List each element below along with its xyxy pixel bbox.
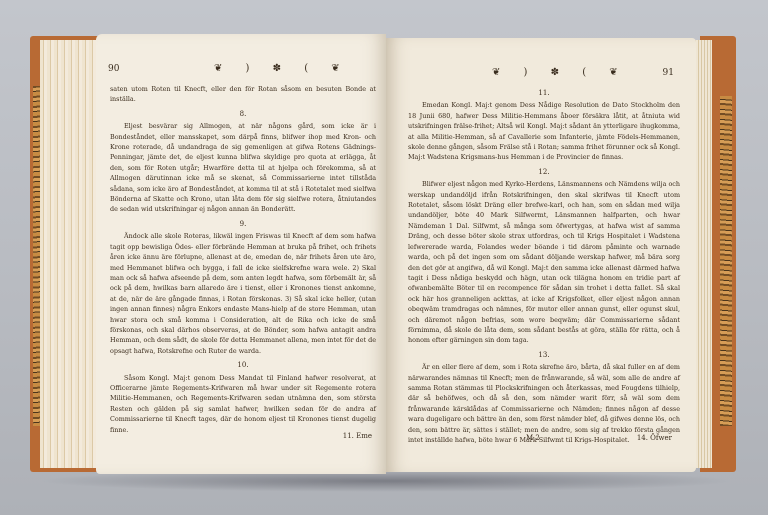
section-number: 10. bbox=[110, 360, 376, 370]
paragraph: Ändock alle skole Roteras, likwäl ingen … bbox=[110, 231, 376, 356]
left-page-header: 90 ❦ ) ✽ ( ❦ bbox=[96, 64, 386, 78]
section-number: 12. bbox=[408, 167, 680, 177]
page-edges-left bbox=[40, 40, 100, 468]
catchword: 14. Öfwer bbox=[637, 434, 672, 442]
paragraph: Eljest besvärar sig Allmogen, at när någ… bbox=[110, 121, 376, 215]
left-page-text: saten utom Roten til Knecft, eller den f… bbox=[110, 84, 376, 435]
section-number: 9. bbox=[110, 219, 376, 229]
section-number: 8. bbox=[110, 109, 376, 119]
right-page: ❦ ) ✽ ( ❦ 91 11. Emedan Kongl. Maj:t gen… bbox=[386, 38, 696, 472]
paragraph: Emedan Kongl. Maj:t genom Dess Nådige Re… bbox=[408, 100, 680, 162]
catchword: 11. Eme bbox=[343, 432, 372, 440]
page-number: 90 bbox=[108, 64, 119, 74]
left-page: 90 ❦ ) ✽ ( ❦ saten utom Roten til Knecft… bbox=[96, 34, 386, 474]
right-page-header: ❦ ) ✽ ( ❦ 91 bbox=[386, 68, 696, 82]
paragraph: Är en eller flere af dem, som i Rota skr… bbox=[408, 362, 680, 445]
paragraph: Blifwer eljest någon med Kyrko-Herdens, … bbox=[408, 179, 680, 346]
continuation-paragraph: saten utom Roten til Knecft, eller den f… bbox=[110, 84, 376, 105]
ornament-headpiece: ❦ ) ✽ ( ❦ bbox=[492, 67, 628, 78]
paragraph: Såsom Kongl. Maj:t genom Dess Mandat til… bbox=[110, 373, 376, 435]
ornament-headpiece: ❦ ) ✽ ( ❦ bbox=[214, 63, 350, 74]
section-number: 11. bbox=[408, 88, 680, 98]
page-number: 91 bbox=[663, 68, 674, 78]
marbled-edge-right bbox=[720, 96, 732, 426]
right-page-text: 11. Emedan Kongl. Maj:t genom Dess Nådig… bbox=[408, 84, 680, 445]
signature-mark: M 2 bbox=[526, 434, 540, 442]
section-number: 13. bbox=[408, 350, 680, 360]
